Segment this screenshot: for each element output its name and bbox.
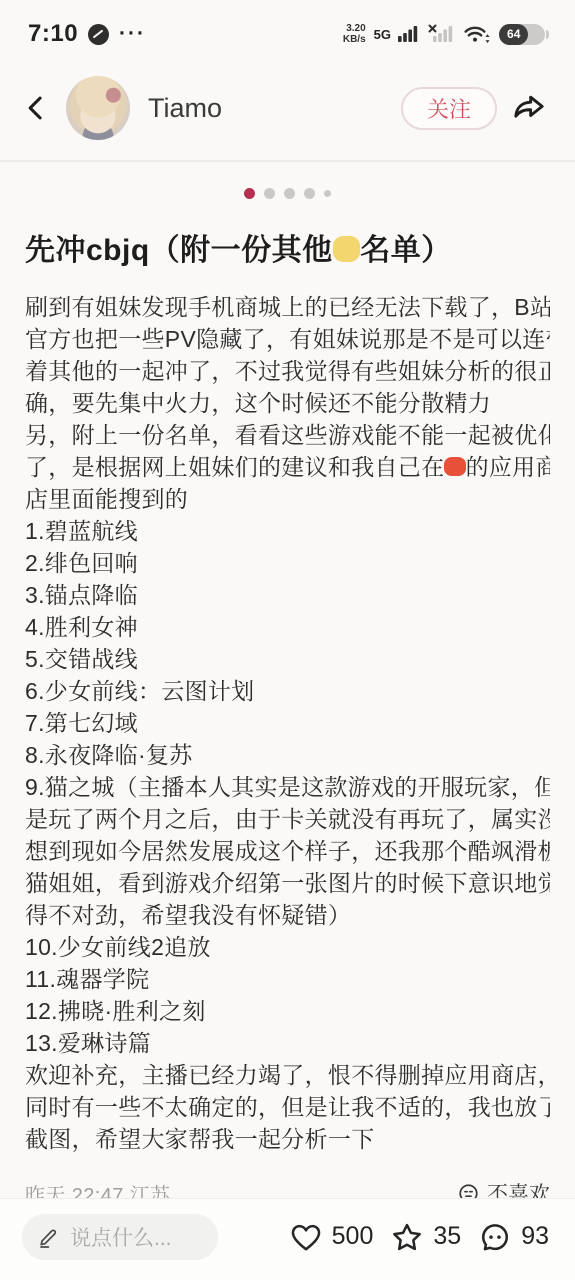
- no-signal-icon: [428, 24, 455, 44]
- alarm-clock-icon: [88, 24, 109, 45]
- body-line: 了，是根据网上姐妹们的建议和我自己在的应用商: [25, 451, 550, 483]
- carousel-dot: [324, 190, 331, 197]
- body-line: 6.少女前线：云图计划: [25, 675, 550, 707]
- body-line: 9.猫之城（主播本人其实是这款游戏的开服玩家，但: [25, 771, 550, 803]
- like-button[interactable]: 500: [288, 1220, 374, 1254]
- post-title: 先冲cbjq（附一份其他名单）: [25, 225, 550, 269]
- body-line: 同时有一些不太确定的，但是让我不适的，我也放了: [25, 1091, 550, 1123]
- carousel-dot: [244, 188, 255, 199]
- bottom-action-bar: 说点什么... 500 35: [0, 1198, 575, 1280]
- carousel-dot: [284, 188, 295, 199]
- body-line: 4.胜利女神: [25, 611, 550, 643]
- body-line: 1.碧蓝航线: [25, 515, 550, 547]
- battery-percent: 64: [507, 27, 520, 41]
- body-line: 截图，希望大家帮我一起分析一下: [25, 1123, 550, 1155]
- carousel-dots: [0, 188, 575, 199]
- comment-count: 93: [521, 1222, 549, 1251]
- status-more-dots: ···: [119, 29, 146, 39]
- status-bar: 7:10 ··· 3.20 KB/s 5G: [0, 0, 575, 50]
- share-icon[interactable]: [509, 88, 549, 128]
- user-name[interactable]: Tiamo: [148, 93, 222, 124]
- status-time: 7:10: [28, 20, 78, 48]
- network-type-label: 5G: [374, 27, 391, 42]
- body-line: 5.交错战线: [25, 643, 550, 675]
- collect-button[interactable]: 35: [389, 1220, 461, 1254]
- comment-input[interactable]: 说点什么...: [22, 1214, 218, 1260]
- follow-button[interactable]: 关注: [401, 87, 497, 130]
- signal-strength-icon: [396, 24, 420, 44]
- heart-icon: [288, 1220, 324, 1254]
- comment-bubble-icon: [477, 1220, 513, 1254]
- carousel-dot: [304, 188, 315, 199]
- post-body: 刷到有姐妹发现手机商城上的已经无法下载了，B站官方也把一些PV隐藏了，有姐妹说那…: [25, 291, 550, 1155]
- body-line: 欢迎补充，主播已经力竭了，恨不得删掉应用商店，: [25, 1059, 550, 1091]
- body-line: 13.爱琳诗篇: [25, 1027, 550, 1059]
- body-line: 2.绯色回响: [25, 547, 550, 579]
- back-icon[interactable]: [22, 94, 50, 122]
- body-line: 是玩了两个月之后，由于卡关就没有再玩了，属实没: [25, 803, 550, 835]
- body-line: 店里面能搜到的: [25, 483, 550, 515]
- body-line: 3.锚点降临: [25, 579, 550, 611]
- body-line: 10.少女前线2追放: [25, 931, 550, 963]
- collect-count: 35: [433, 1222, 461, 1251]
- body-line: 刷到有姐妹发现手机商城上的已经无法下载了，B站: [25, 291, 550, 323]
- body-line: 7.第七幻域: [25, 707, 550, 739]
- body-line: 想到现如今居然发展成这个样子，还我那个酷飒滑板: [25, 835, 550, 867]
- wifi-icon: [463, 23, 491, 45]
- like-count: 500: [332, 1222, 374, 1251]
- body-line: 确，要先集中火力，这个时候还不能分散精力: [25, 387, 550, 419]
- carousel-dot: [264, 188, 275, 199]
- note-header: Tiamo 关注: [0, 50, 575, 146]
- battery-icon: 64: [499, 24, 545, 45]
- comment-button[interactable]: 93: [477, 1220, 549, 1254]
- star-icon: [389, 1220, 425, 1254]
- body-line: 8.永夜降临·复苏: [25, 739, 550, 771]
- comment-placeholder: 说点什么...: [70, 1222, 172, 1252]
- network-speed: 3.20 KB/s: [343, 23, 366, 45]
- body-line: 另，附上一份名单，看看这些游戏能不能一起被优化: [25, 419, 550, 451]
- header-divider: [0, 160, 575, 162]
- avatar[interactable]: [66, 76, 130, 140]
- body-line: 得不对劲，希望我没有怀疑错）: [25, 899, 550, 931]
- body-line: 官方也把一些PV隐藏了，有姐妹说那是不是可以连带: [25, 323, 550, 355]
- emoji-icon: [333, 236, 361, 262]
- pencil-icon: [36, 1225, 60, 1249]
- body-line: 11.魂器学院: [25, 963, 550, 995]
- body-line: 猫姐姐，看到游戏介绍第一张图片的时候下意识地觉: [25, 867, 550, 899]
- body-line: 12.拂晓·胜利之刻: [25, 995, 550, 1027]
- emoji-icon: [444, 457, 465, 477]
- body-line: 着其他的一起冲了，不过我觉得有些姐妹分析的很正: [25, 355, 550, 387]
